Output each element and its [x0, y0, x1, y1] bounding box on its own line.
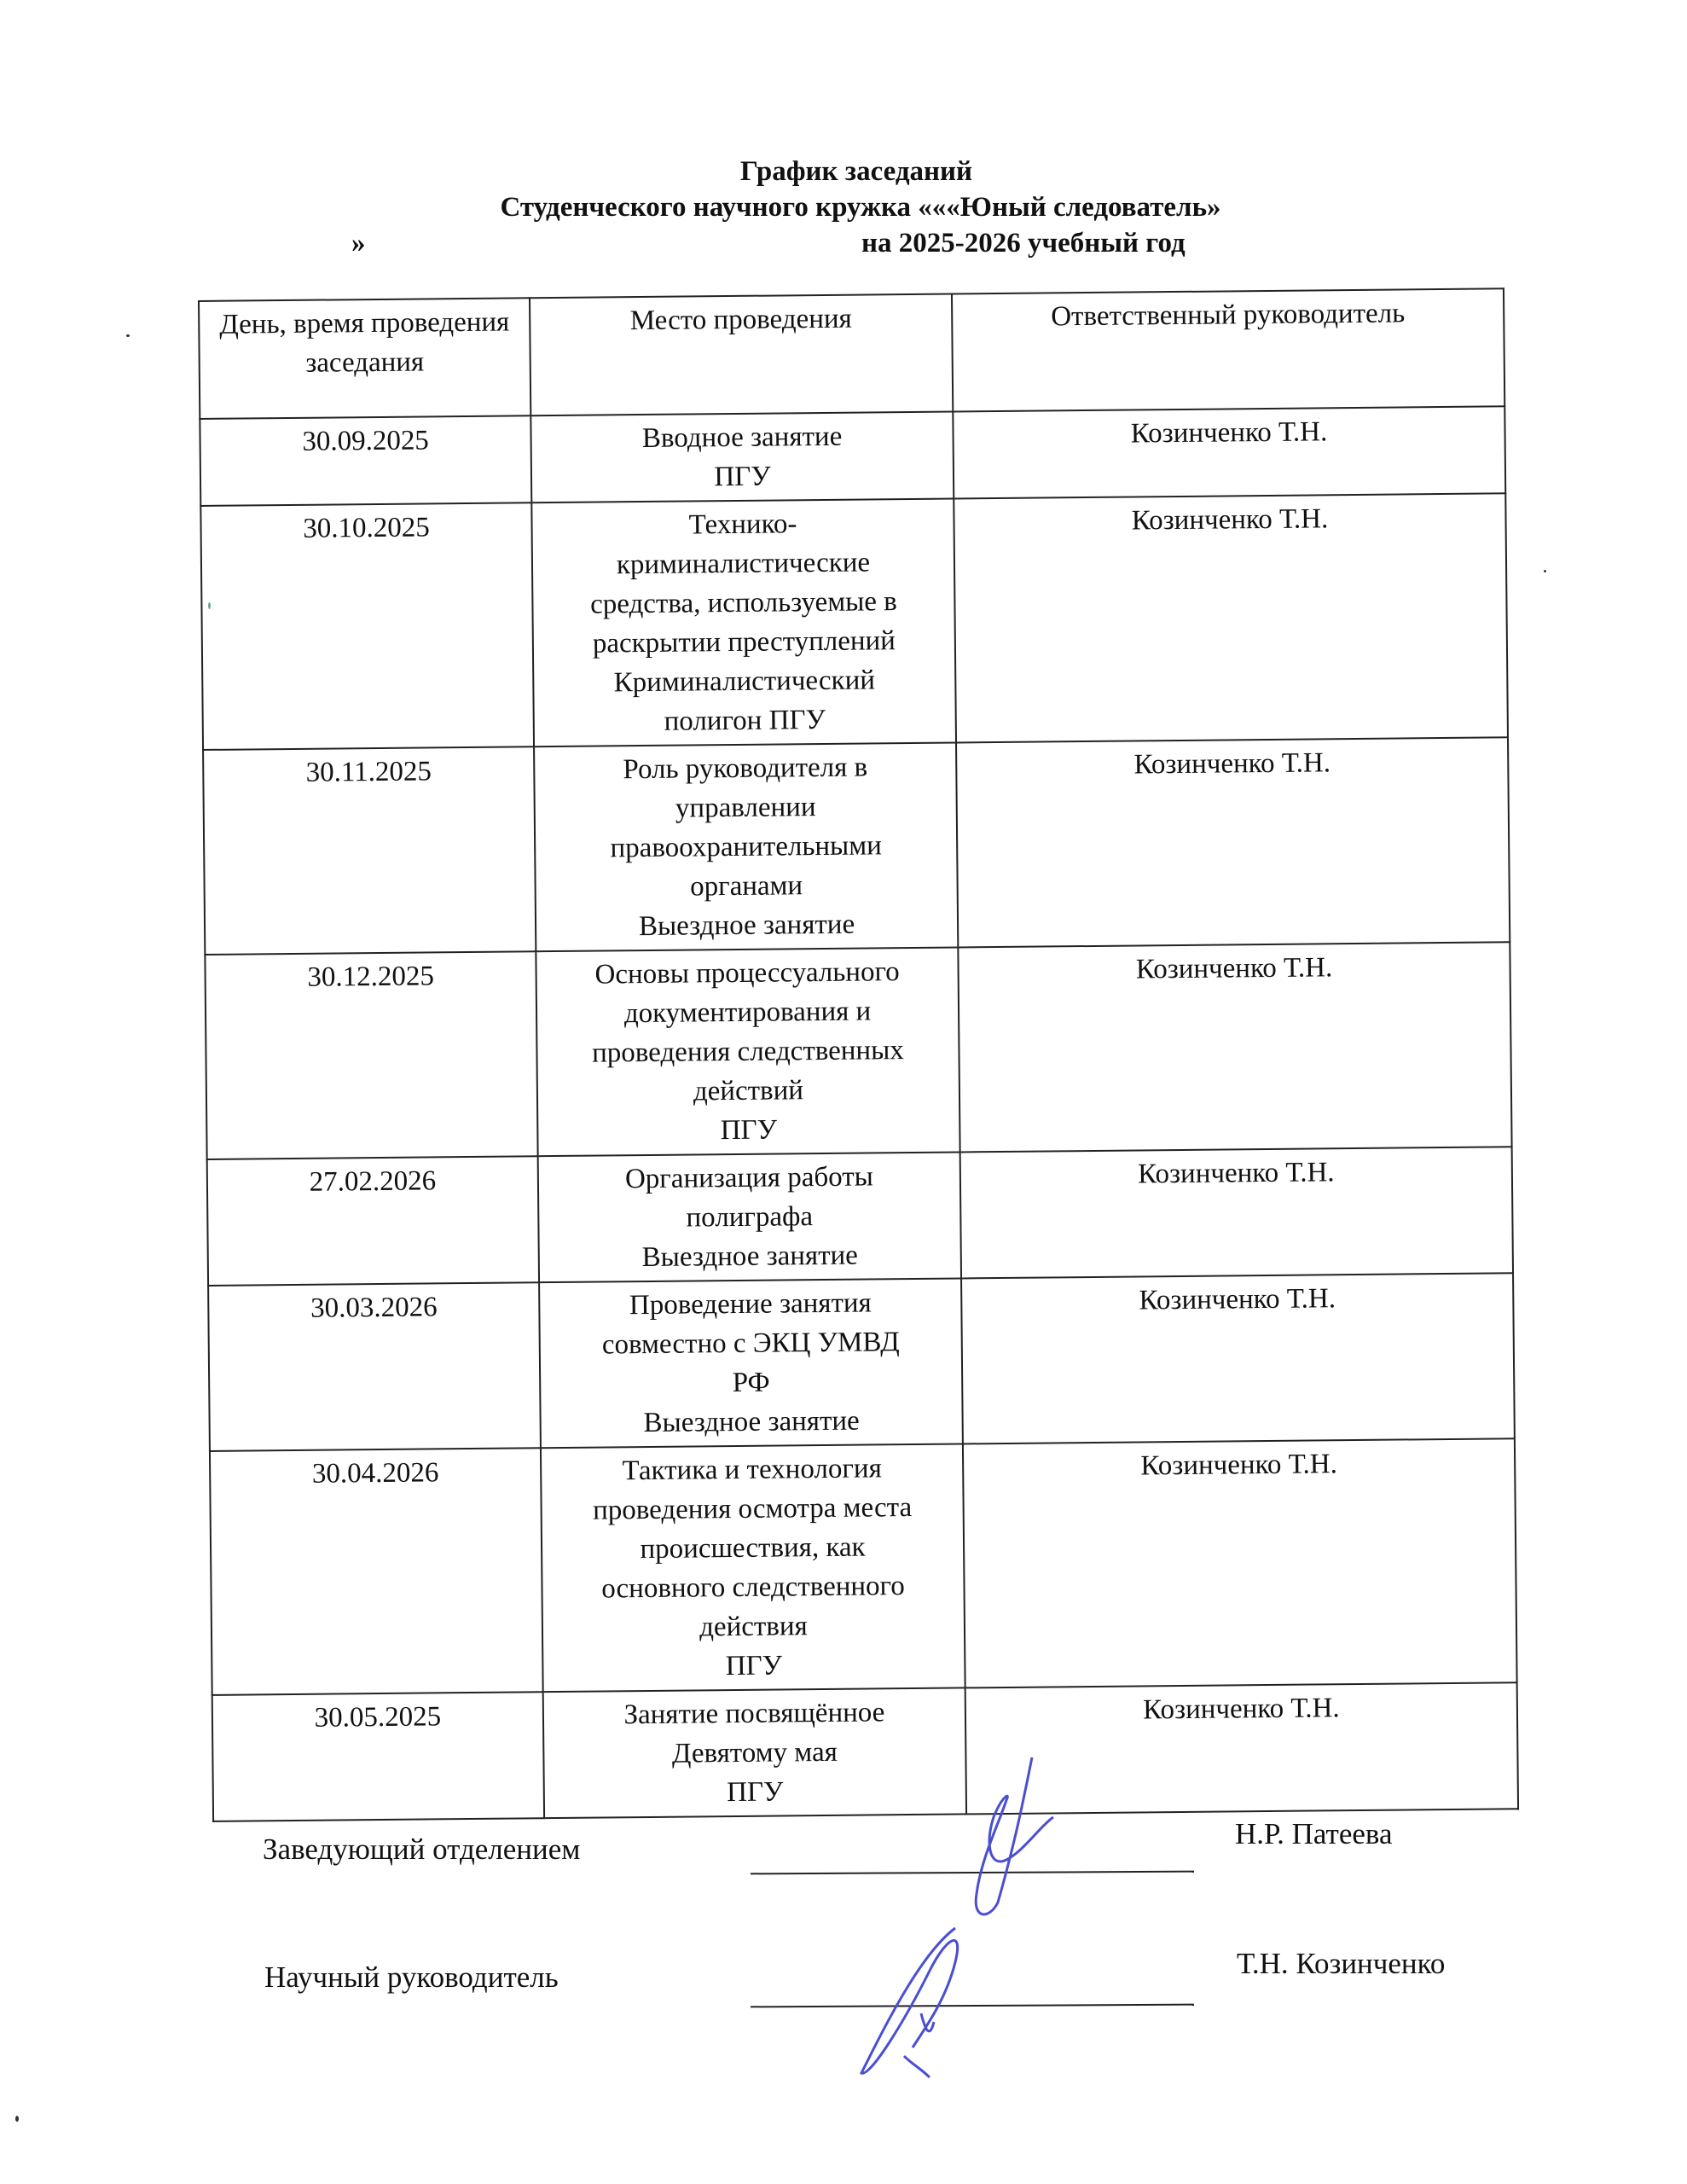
document-page: График заседаний Студенческого научного …	[0, 0, 1687, 2184]
cell-place: Проведение занятиясовместно с ЭКЦ УМВДРФ…	[539, 1278, 963, 1448]
table-row: 30.04.2026Тактика и технологияпроведения…	[210, 1438, 1517, 1695]
signature-icon	[853, 1920, 1023, 2082]
scan-speck	[208, 602, 211, 609]
cell-leader: Козинченко Т.Н.	[961, 1273, 1515, 1443]
place-line: ПГУ	[545, 1109, 952, 1153]
cell-date: 30.04.2026	[210, 1448, 543, 1695]
title-line-3: » на 2025-2026 учебный год	[0, 225, 1687, 261]
place-line: Выездное занятие	[547, 1235, 954, 1279]
scan-speck	[126, 334, 130, 337]
place-line: Занятие посвящённое	[551, 1693, 958, 1736]
place-line: полиграфа	[546, 1196, 953, 1240]
place-line: действия	[550, 1606, 957, 1649]
table-row: 30.09.2025Вводное занятиеПГУКозинченко Т…	[200, 406, 1505, 506]
scan-speck	[15, 2116, 19, 2122]
cell-place: Технико-криминалистическиесредства, испо…	[531, 499, 956, 747]
cell-date: 30.05.2025	[212, 1692, 544, 1821]
place-line: органами	[542, 865, 949, 909]
table-row: 30.10.2025Технико-криминалистическиесред…	[200, 493, 1508, 750]
cell-date: 30.12.2025	[205, 951, 537, 1159]
cell-date: 30.09.2025	[200, 415, 531, 506]
cell-date: 30.11.2025	[203, 746, 536, 955]
place-line: средства, используемые в	[540, 582, 947, 625]
place-line: ПГУ	[539, 456, 946, 499]
cell-leader: Козинченко Т.Н.	[960, 1147, 1513, 1278]
title-academic-year: на 2025-2026 учебный год	[861, 225, 1186, 261]
place-line: правоохранительными	[542, 826, 949, 869]
place-line: Проведение занятия	[547, 1283, 954, 1327]
signature-role: Заведующий отделением	[263, 1833, 580, 1867]
cell-place: Занятие посвящённоеДевятому маяПГУ	[543, 1687, 966, 1818]
place-line: ПГУ	[550, 1645, 957, 1688]
table-header-row: День, время проведения заседания Место п…	[199, 288, 1504, 419]
table-row: 30.11.2025Роль руководителя вуправлениип…	[203, 737, 1510, 955]
place-line: проведения осмотра места	[548, 1488, 955, 1531]
cell-place: Вводное занятиеПГУ	[530, 412, 954, 503]
cell-place: Тактика и технологияпроведения осмотра м…	[541, 1443, 965, 1692]
table-row: 30.12.2025Основы процессуальногодокумент…	[205, 942, 1511, 1159]
place-line: РФ	[548, 1362, 954, 1405]
cell-leader: Козинченко Т.Н.	[953, 406, 1505, 498]
cell-place: Основы процессуальногодокументирования и…	[536, 947, 959, 1156]
cell-place: Организация работыполиграфаВыездное заня…	[538, 1152, 961, 1282]
place-line: Технико-	[539, 503, 946, 547]
signature-role: Научный руководитель	[264, 1960, 559, 1995]
signature-name: Н.Р. Патеева	[1235, 1817, 1393, 1851]
cell-date: 30.03.2026	[208, 1282, 541, 1451]
cell-date: 27.02.2026	[207, 1156, 539, 1286]
place-line: совместно с ЭКЦ УМВД	[548, 1322, 954, 1366]
table-row: 30.03.2026Проведение занятиясовместно с …	[208, 1273, 1515, 1451]
scan-speck	[1544, 570, 1546, 572]
cell-place: Роль руководителя вуправленииправоохрани…	[534, 742, 958, 951]
place-line: раскрытии преступлений	[541, 621, 948, 665]
cell-leader: Козинченко Т.Н.	[958, 942, 1511, 1152]
title-line-1: График заседаний	[26, 154, 1687, 189]
signature-icon	[904, 1749, 1075, 1920]
document-title: График заседаний Студенческого научного …	[0, 154, 1687, 261]
place-line: Тактика и технология	[548, 1449, 955, 1492]
table-row: 30.05.2025Занятие посвящённоеДевятому ма…	[212, 1682, 1518, 1821]
place-line: Вводное занятие	[538, 416, 945, 460]
place-line: Роль руководителя в	[542, 747, 948, 791]
place-line: криминалистические	[540, 543, 947, 586]
place-line: действий	[545, 1070, 952, 1113]
header-date: День, время проведения заседания	[199, 298, 530, 419]
title-line-2: Студенческого научного кружка «««Юный сл…	[34, 189, 1687, 225]
place-line: Основы процессуального	[543, 952, 950, 996]
header-place: Место проведения	[530, 294, 953, 416]
cell-leader: Козинченко Т.Н.	[954, 493, 1508, 742]
place-line: происшествия, как	[549, 1527, 956, 1571]
place-line: Организация работы	[546, 1157, 953, 1200]
place-line: ПГУ	[552, 1771, 959, 1815]
place-line: Криминалистический	[541, 660, 948, 704]
place-line: проведения следственных	[544, 1031, 951, 1074]
table-row: 27.02.2026Организация работыполиграфаВые…	[207, 1147, 1513, 1286]
cell-leader: Козинченко Т.Н.	[956, 737, 1510, 947]
cell-date: 30.10.2025	[200, 502, 534, 750]
place-line: Выездное занятие	[548, 1401, 954, 1444]
place-line: основного следственного	[549, 1566, 956, 1610]
signature-name: Т.Н. Козинченко	[1237, 1947, 1445, 1981]
header-leader: Ответственный руководитель	[952, 288, 1504, 411]
place-line: Выездное занятие	[543, 904, 950, 948]
place-line: Девятому мая	[551, 1732, 958, 1775]
place-line: документирования и	[544, 991, 951, 1035]
schedule-table: День, время проведения заседания Место п…	[198, 288, 1517, 1822]
cell-leader: Козинченко Т.Н.	[963, 1438, 1517, 1687]
place-line: управлении	[542, 787, 949, 830]
place-line: полигон ПГУ	[542, 700, 948, 743]
title-stray-quote: »	[351, 225, 366, 261]
